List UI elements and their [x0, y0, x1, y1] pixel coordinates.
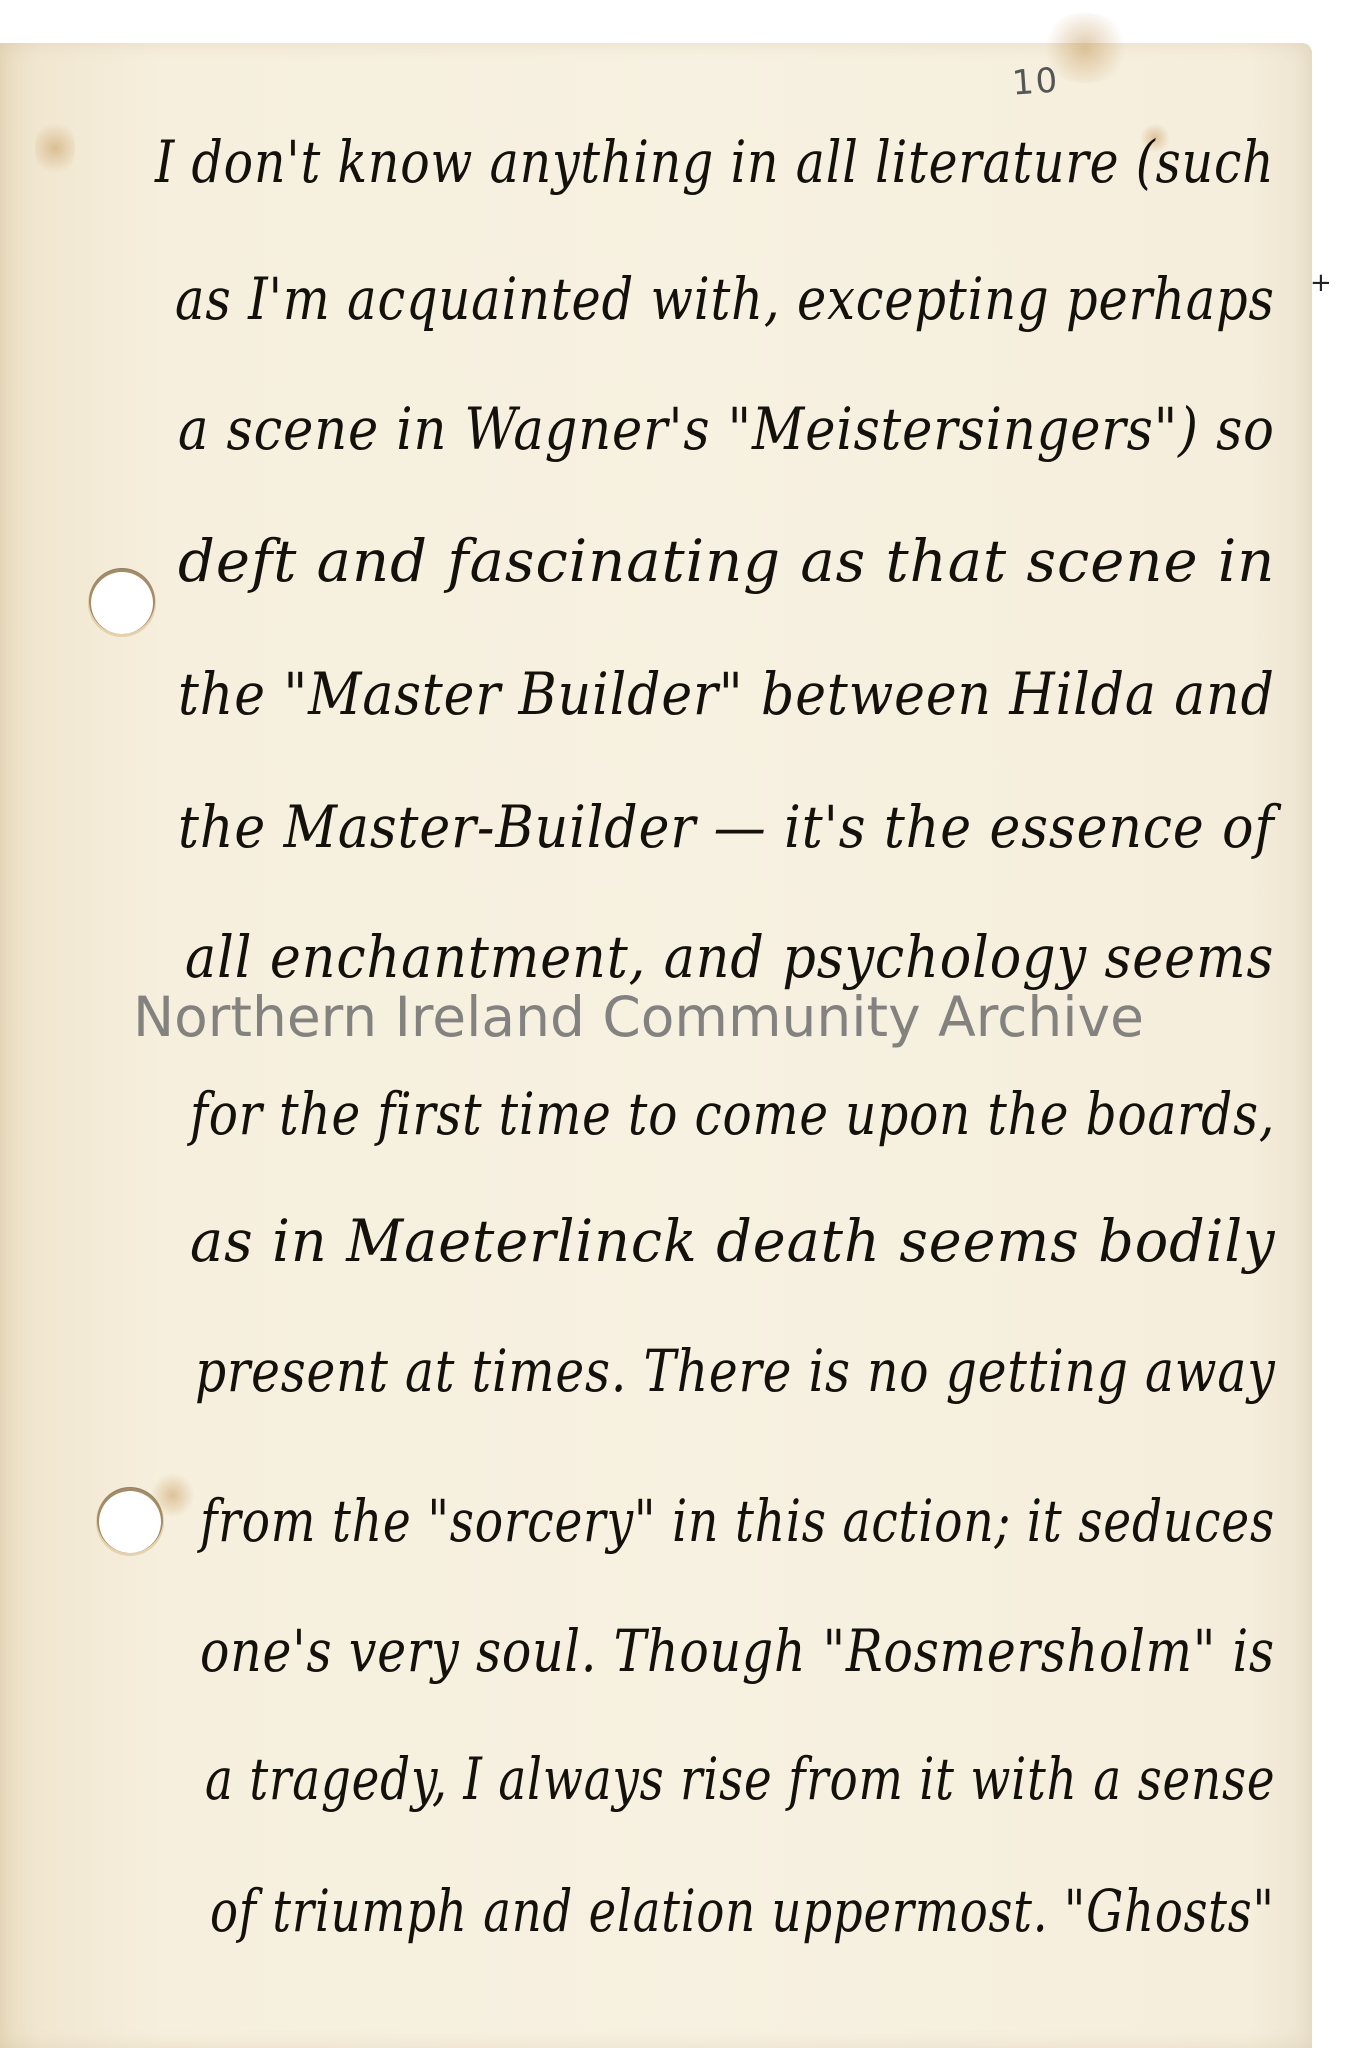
- handwritten-line: one's very soul. Though "Rosmersholm" is: [200, 1617, 1275, 1685]
- handwritten-line: as I'm acquainted with, excepting perhap…: [175, 265, 1275, 333]
- punch-hole: [91, 572, 153, 634]
- handwritten-line: from the "sorcery" in this action; it se…: [200, 1487, 1275, 1555]
- punch-hole: [99, 1491, 161, 1553]
- handwritten-line: the Master-Builder — it's the essence of: [178, 793, 1275, 861]
- handwritten-line: I don't know anything in all literature …: [155, 128, 1275, 196]
- handwritten-line: a scene in Wagner's "Meistersingers") so: [178, 395, 1275, 463]
- handwritten-line: deft and fascinating as that scene in: [178, 527, 1275, 595]
- handwritten-line: of triumph and elation uppermost. "Ghost…: [210, 1877, 1275, 1945]
- archive-watermark: Northern Ireland Community Archive: [133, 985, 1144, 1049]
- margin-mark: +: [1310, 268, 1332, 298]
- page-number: 10: [1011, 60, 1061, 103]
- foxing-stain: [35, 118, 75, 178]
- handwritten-line: present at times. There is no getting aw…: [195, 1337, 1276, 1405]
- handwritten-line: all enchantment, and psychology seems: [185, 923, 1274, 991]
- handwritten-line: the "Master Builder" between Hilda and: [178, 660, 1275, 728]
- handwritten-line: a tragedy, I always rise from it with a …: [205, 1745, 1275, 1813]
- handwritten-line: for the first time to come upon the boar…: [190, 1080, 1275, 1148]
- handwritten-line: as in Maeterlinck death seems bodily: [190, 1207, 1275, 1275]
